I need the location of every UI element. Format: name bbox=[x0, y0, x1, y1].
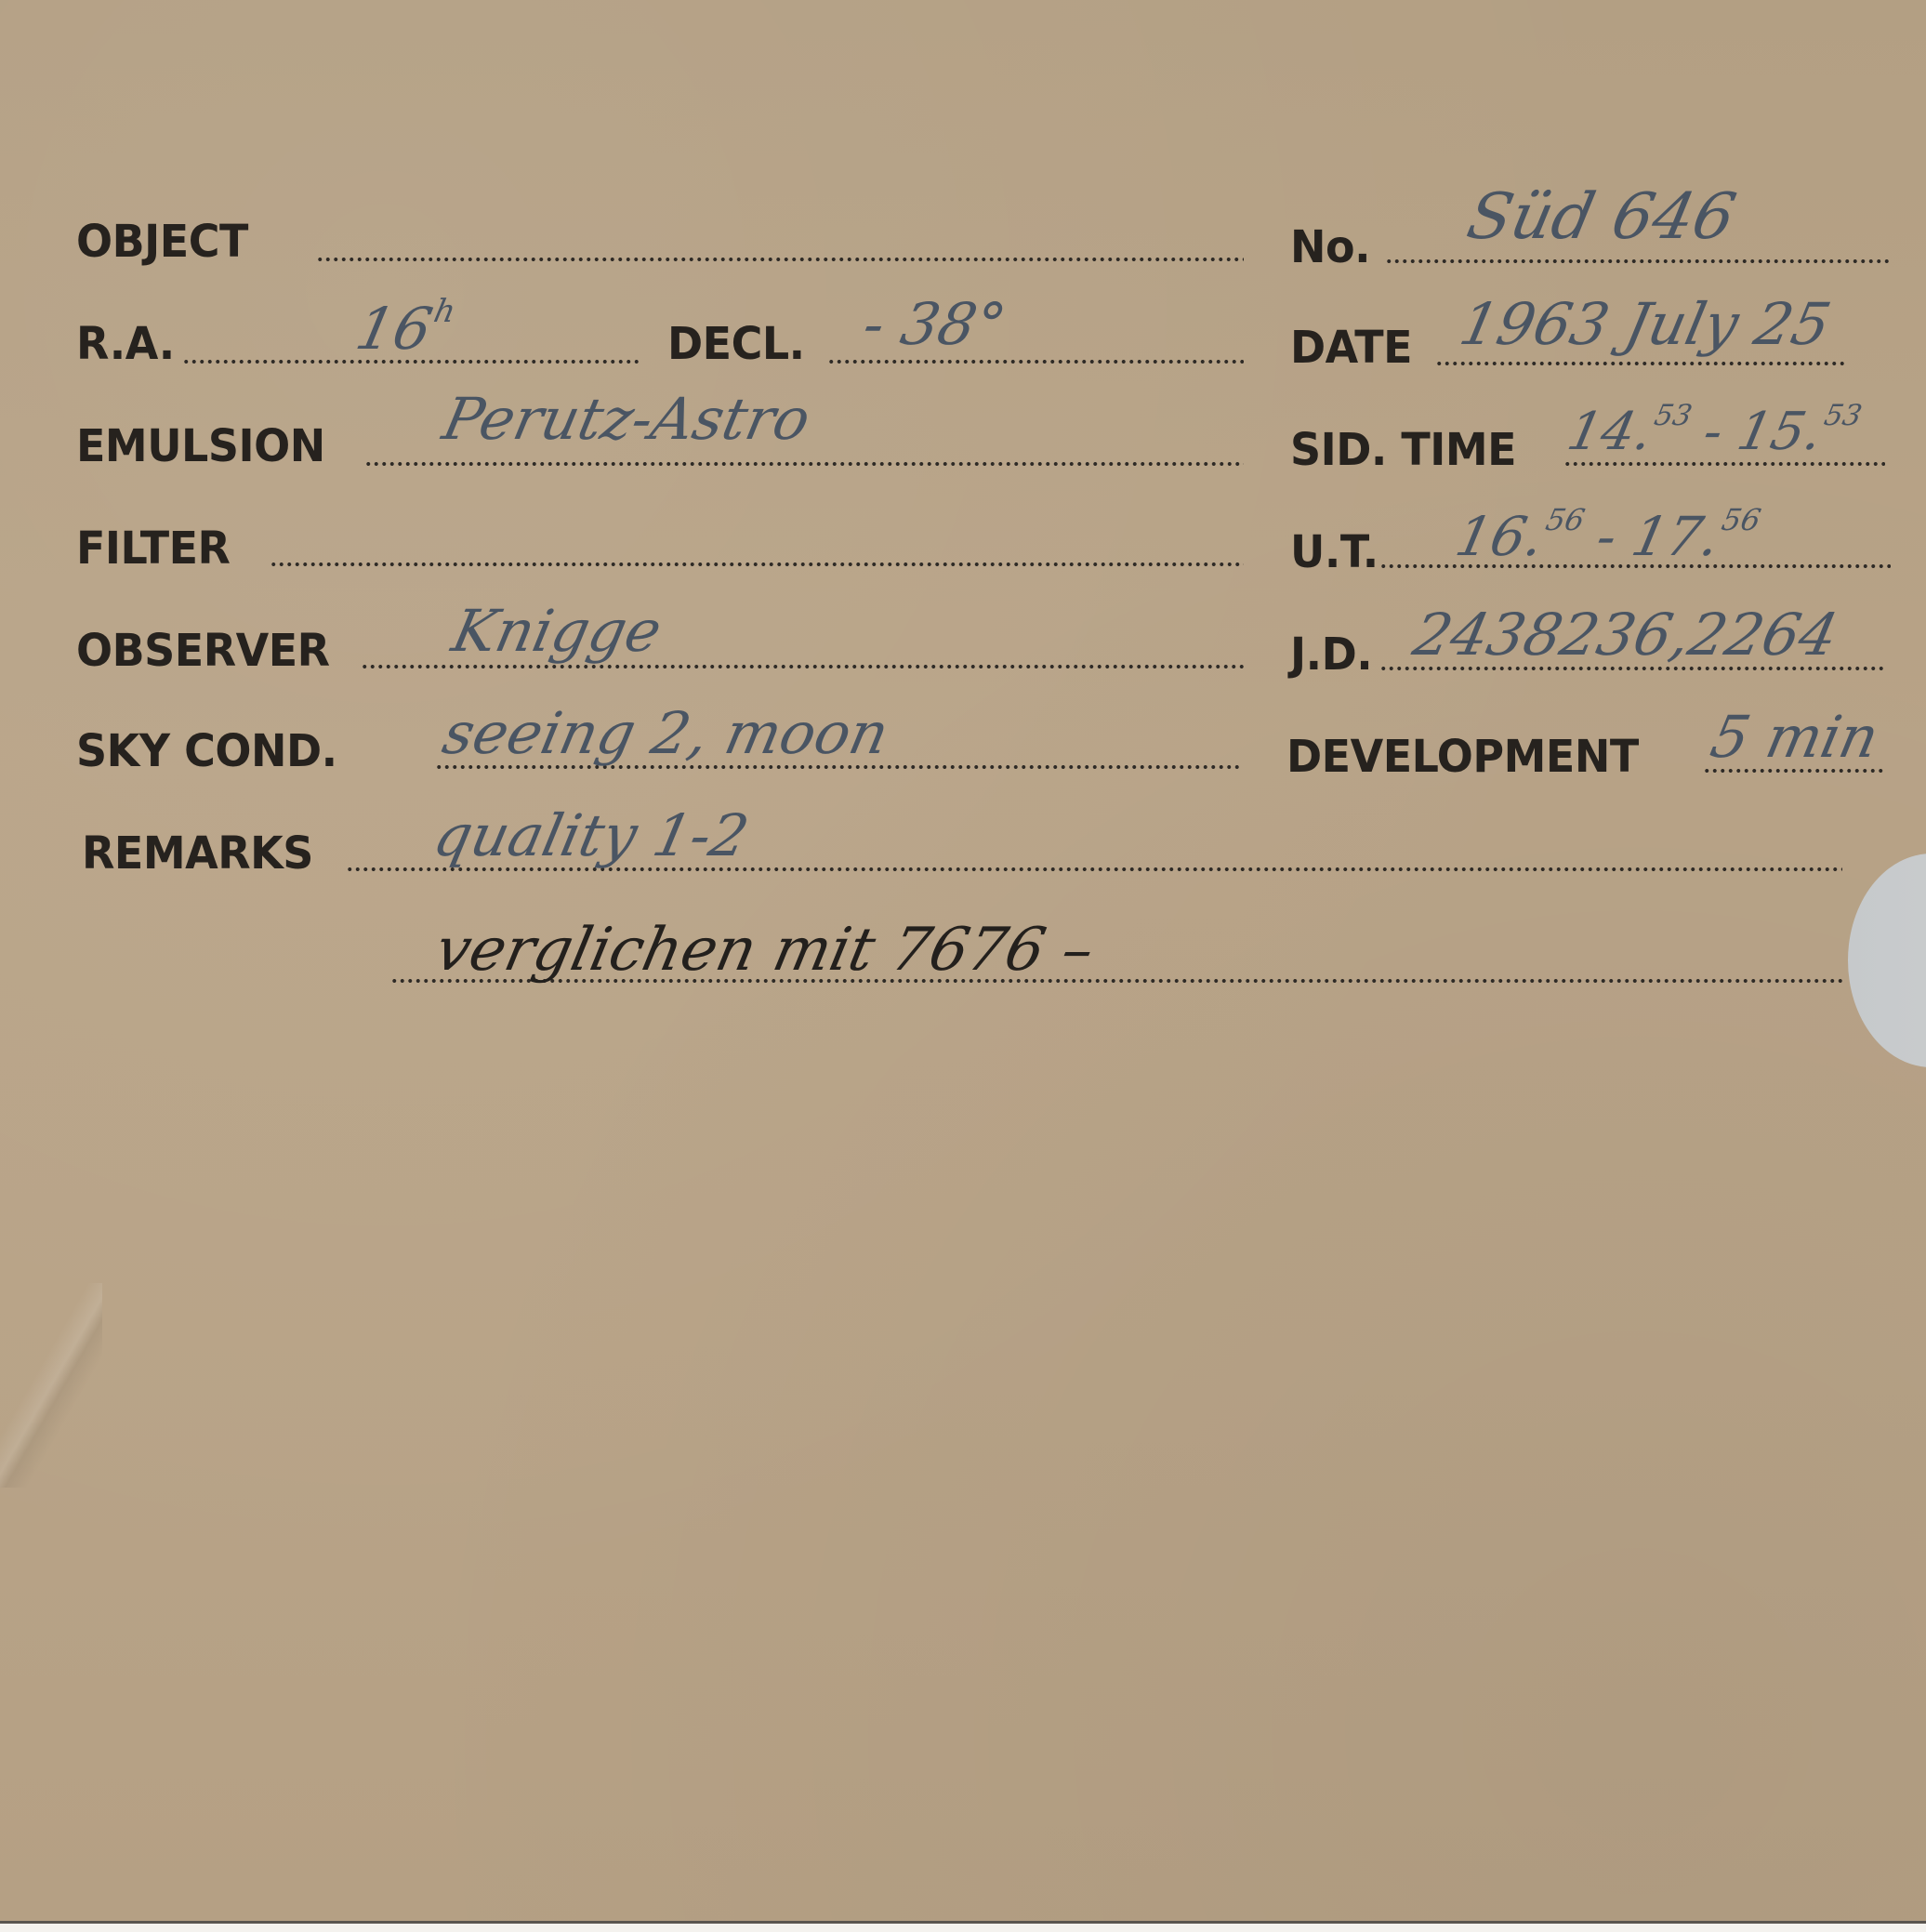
paper-crease bbox=[0, 1283, 102, 1488]
label-filter: FILTER bbox=[76, 525, 230, 570]
label-remarks: REMARKS bbox=[82, 830, 313, 875]
label-date: DATE bbox=[1290, 324, 1412, 369]
field-line-emulsion bbox=[364, 461, 1244, 467]
value-remarks: quality 1-2 bbox=[429, 807, 753, 865]
value-development: 5 min bbox=[1706, 708, 1883, 766]
sid-time-end-hours: 15. bbox=[1732, 402, 1827, 462]
ut-end-minutes: 56 bbox=[1719, 502, 1764, 537]
value-jd: 2438236,2264 bbox=[1408, 606, 1842, 664]
ut-end-hours: 17. bbox=[1627, 505, 1726, 568]
label-development: DEVELOPMENT bbox=[1286, 734, 1639, 778]
sid-time-start-hours: 14. bbox=[1563, 402, 1658, 462]
sid-time-end-minutes: 53 bbox=[1821, 399, 1865, 432]
label-ra-text: R.A. bbox=[76, 317, 175, 370]
label-observer: OBSERVER bbox=[76, 628, 330, 672]
field-line-object bbox=[316, 257, 1244, 262]
value-date: 1963 July 25 bbox=[1455, 296, 1835, 353]
label-sid-time: SID. TIME bbox=[1290, 427, 1516, 471]
value-ra-hours: 16 bbox=[350, 295, 438, 363]
field-line-date bbox=[1435, 361, 1844, 366]
field-line-decl bbox=[827, 359, 1244, 364]
plate-envelope: OBJECT R.A. 16h DECL. - 38° EMULSION Per… bbox=[0, 0, 1926, 1924]
label-ut: U.T. bbox=[1290, 529, 1379, 574]
label-emulsion: EMULSION bbox=[76, 423, 325, 468]
value-observer: Knigge bbox=[447, 602, 666, 660]
value-sky-cond: seeing 2, moon bbox=[438, 705, 893, 762]
label-no: No. bbox=[1290, 224, 1370, 269]
label-object: OBJECT bbox=[76, 218, 248, 263]
field-line-no bbox=[1385, 258, 1891, 264]
label-decl: DECL. bbox=[667, 321, 805, 365]
thumb-notch-cutout bbox=[1848, 854, 1926, 1067]
value-ra: 16h bbox=[351, 296, 458, 358]
label-ra: R.A. bbox=[76, 321, 175, 365]
value-decl: - 38° bbox=[858, 296, 1010, 353]
label-jd: J.D. bbox=[1290, 631, 1372, 676]
field-line-filter bbox=[270, 562, 1244, 567]
label-sky-cond: SKY COND. bbox=[76, 728, 337, 773]
value-remarks-line2: verglichen mit 7676 – bbox=[430, 920, 1099, 980]
value-ut: 16.56 - 17.56 bbox=[1451, 506, 1762, 563]
value-sid-time: 14.53 - 15.53 bbox=[1563, 402, 1864, 458]
value-emulsion: Perutz-Astro bbox=[438, 390, 814, 448]
value-no: Süd 646 bbox=[1462, 186, 1741, 249]
ut-start-hours: 16. bbox=[1450, 505, 1550, 568]
